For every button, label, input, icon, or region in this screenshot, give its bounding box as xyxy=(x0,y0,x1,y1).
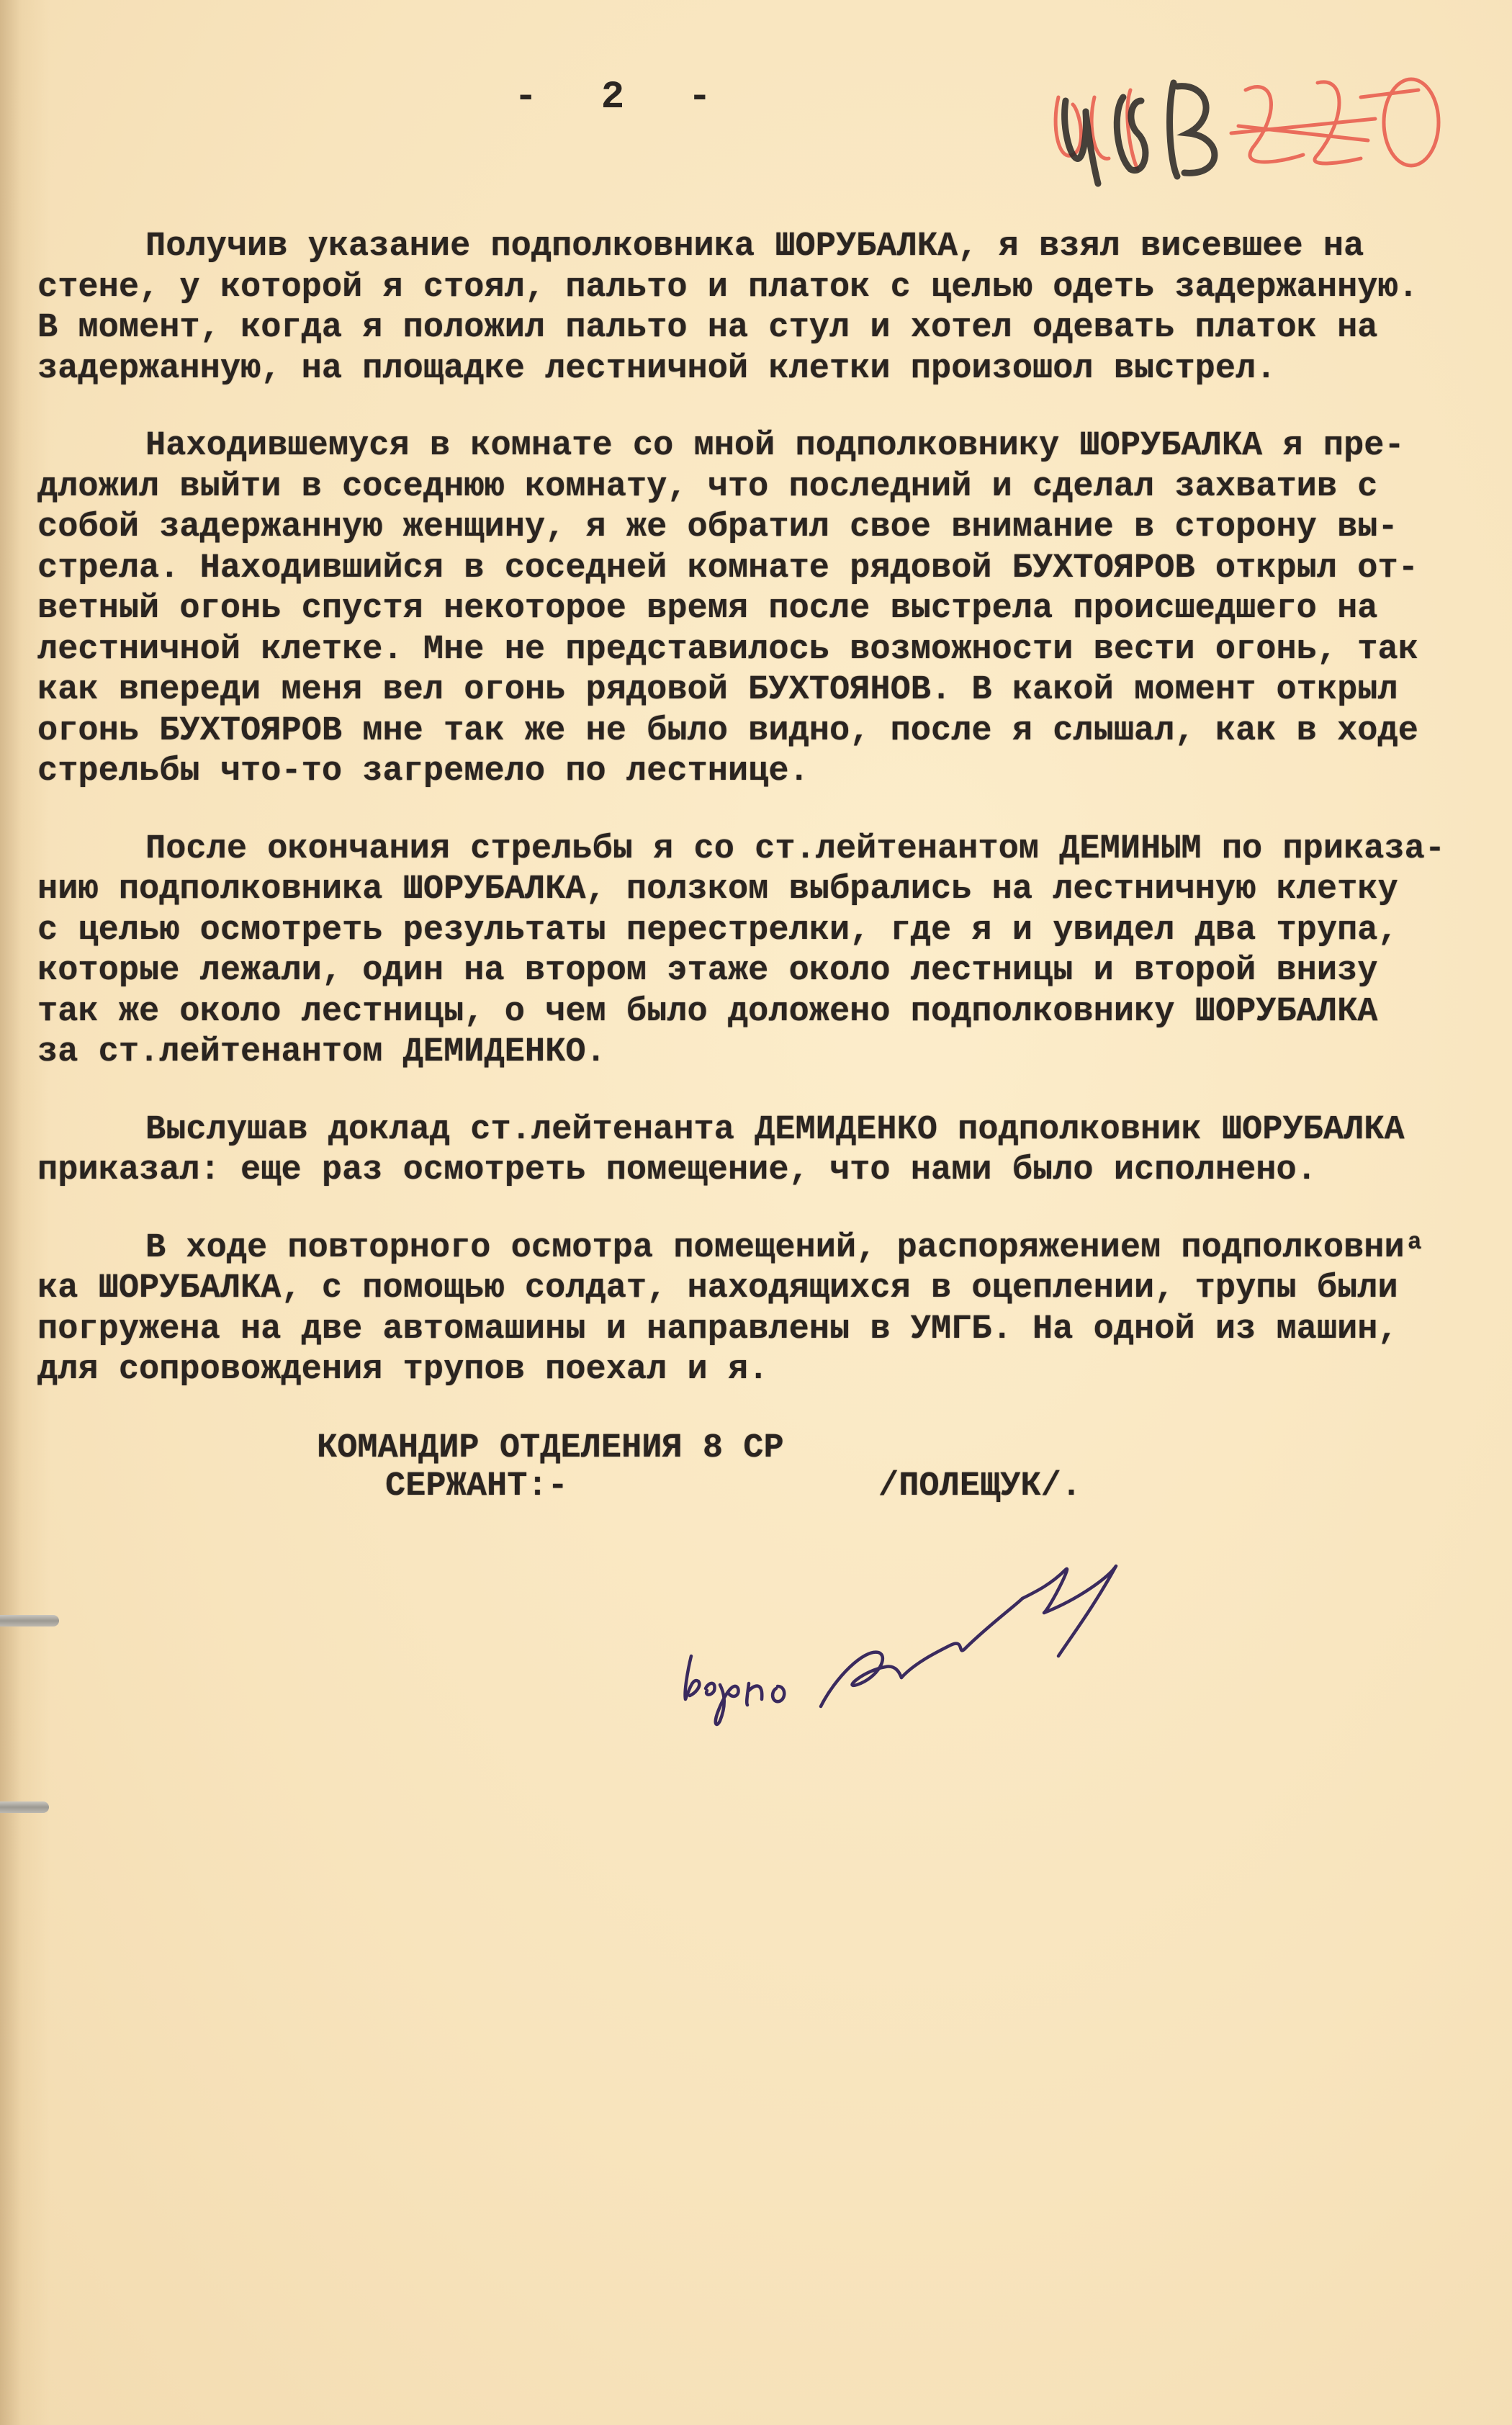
signatory-position: КОМАНДИР ОТДЕЛЕНИЯ 8 СР xyxy=(317,1429,784,1467)
text-line: ветный огонь спустя некоторое время посл… xyxy=(37,589,1503,630)
archive-page-number-mark xyxy=(1044,68,1462,191)
handwritten-signature-icon xyxy=(648,1526,1368,1728)
text-line: В момент, когда я положил пальто на стул… xyxy=(37,308,1503,349)
text-line: собой задержанную женщину, я же обратил … xyxy=(37,508,1503,549)
text-line: После окончания стрельбы я со ст.лейтена… xyxy=(37,829,1503,870)
text-line: В ходе повторного осмотра помещений, рас… xyxy=(37,1228,1503,1269)
signatory-name: /ПОЛЕЩУК/. xyxy=(878,1467,1081,1506)
text-line: лестничной клетке. Мне не представилось … xyxy=(37,630,1503,671)
text-line: так же около лестницы, о чем было доложе… xyxy=(37,992,1503,1033)
text-line: стрела. Находившийся в соседней комнате … xyxy=(37,549,1503,590)
text-line: дложил выйти в соседнюю комнату, что пос… xyxy=(37,467,1503,508)
text-line: приказал: еще раз осмотреть помещение, ч… xyxy=(37,1151,1503,1192)
handwritten-certification xyxy=(648,1526,1368,1728)
text-line: которые лежали, один на втором этаже око… xyxy=(37,951,1503,992)
text-line: задержанную, на площадке лестничной клет… xyxy=(37,349,1503,390)
binding-staple xyxy=(0,1801,49,1813)
paragraph-5: В ходе повторного осмотра помещений, рас… xyxy=(37,1228,1503,1391)
signatory-rank: СЕРЖАНТ:- xyxy=(385,1467,568,1506)
text-line: с целью осмотреть результаты перестрелки… xyxy=(37,911,1503,952)
text-line: для сопровождения трупов поехал и я. xyxy=(37,1350,1503,1391)
text-line: ка ШОРУБАЛКА, с помощью солдат, находящи… xyxy=(37,1269,1503,1310)
text-line: как впереди меня вел огонь рядовой БУХТО… xyxy=(37,670,1503,711)
binding-staple xyxy=(0,1615,59,1627)
text-line: Выслушав доклад ст.лейтенанта ДЕМИДЕНКО … xyxy=(37,1110,1503,1151)
text-line: стене, у которой я стоял, пальто и плато… xyxy=(37,268,1503,309)
text-line: Находившемуся в комнате со мной подполко… xyxy=(37,426,1503,467)
report-body: Получив указание подполковника ШОРУБАЛКА… xyxy=(37,227,1503,1428)
paragraph-2: Находившемуся в комнате со мной подполко… xyxy=(37,426,1503,793)
paragraph-3: После окончания стрельбы я со ст.лейтена… xyxy=(37,829,1503,1074)
handwritten-archive-number-icon xyxy=(1044,68,1462,191)
text-line: погружена на две автомашины и направлены… xyxy=(37,1310,1503,1351)
text-line: нию подполковника ШОРУБАЛКА, ползком выб… xyxy=(37,870,1503,911)
text-line: огонь БУХТОЯРОВ мне так же не было видно… xyxy=(37,711,1503,752)
paragraph-1: Получив указание подполковника ШОРУБАЛКА… xyxy=(37,227,1503,390)
text-line: за ст.лейтенантом ДЕМИДЕНКО. xyxy=(37,1032,1503,1074)
page-number: - 2 - xyxy=(504,76,742,120)
paragraph-4: Выслушав доклад ст.лейтенанта ДЕМИДЕНКО … xyxy=(37,1110,1503,1192)
text-line: Получив указание подполковника ШОРУБАЛКА… xyxy=(37,227,1503,268)
text-line: стрельбы что-то загремело по лестнице. xyxy=(37,752,1503,793)
